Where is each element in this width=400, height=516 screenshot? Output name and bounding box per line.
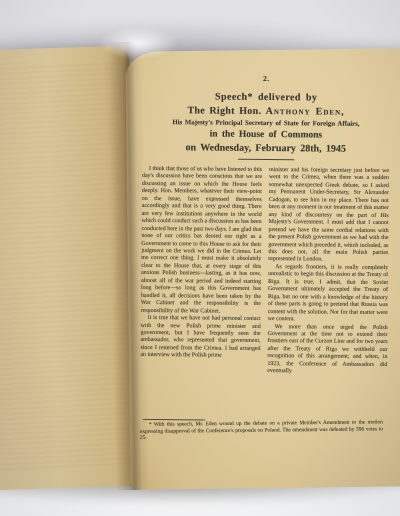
page-content: 2. Speech* delivered by The Right Hon. A… bbox=[140, 61, 390, 444]
speech-title: Speech* delivered by The Right Hon. Anth… bbox=[142, 91, 390, 161]
footnote-divider bbox=[143, 419, 205, 421]
body-columns: I think that those of us who have listen… bbox=[140, 166, 389, 417]
left-page-blank bbox=[0, 46, 143, 491]
title-line-5: on Wednesday, February 28th, 1945 bbox=[142, 142, 389, 155]
left-column: I think that those of us who have listen… bbox=[140, 166, 262, 416]
title-line-3: His Majesty's Principal Secretary of Sta… bbox=[142, 119, 389, 128]
speaker-name: Anthony Eden, bbox=[266, 106, 345, 118]
title-divider bbox=[238, 159, 294, 160]
paragraph: We more than once urged the Polish Gover… bbox=[267, 324, 387, 377]
paragraph: It is true that we have not had personal… bbox=[140, 315, 260, 361]
title-honorific: The Right Hon. bbox=[187, 105, 265, 117]
page-number: 2. bbox=[143, 73, 390, 84]
footnote: * With this speech, Mr. Eden wound up th… bbox=[140, 419, 383, 442]
photo-backdrop: 2. Speech* delivered by The Right Hon. A… bbox=[0, 0, 400, 516]
paragraph: minister and his foreign secretary just … bbox=[268, 167, 389, 265]
title-line-4: in the House of Commons bbox=[142, 129, 389, 141]
paragraph: As regards frontiers, it is really compl… bbox=[268, 264, 389, 325]
title-line-1: Speech* delivered by bbox=[143, 91, 390, 104]
title-line-2: The Right Hon. Anthony Eden, bbox=[143, 105, 390, 118]
right-column: minister and his foreign secretary just … bbox=[267, 167, 389, 417]
paragraph: I think that those of us who have listen… bbox=[141, 166, 262, 316]
